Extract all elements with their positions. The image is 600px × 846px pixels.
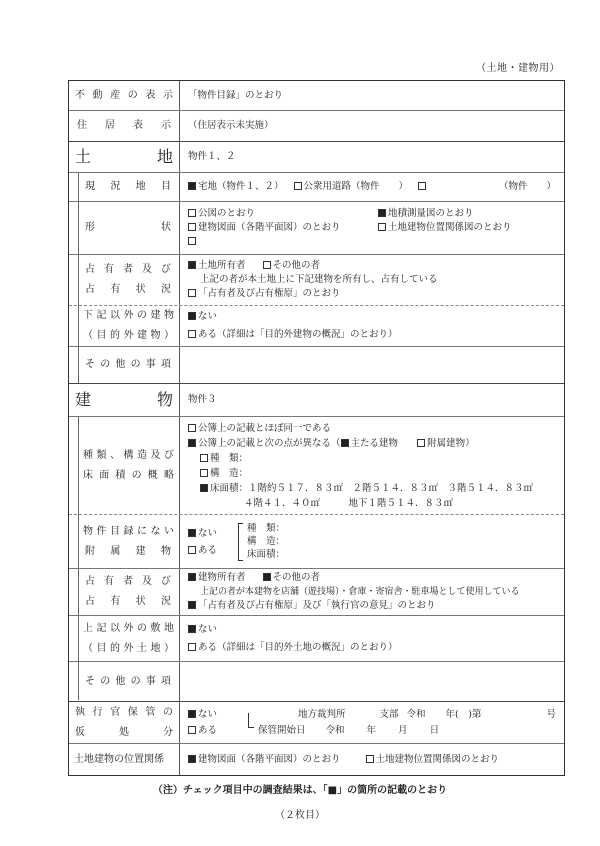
label-building: 建物 bbox=[69, 384, 180, 416]
checkbox-survey-map[interactable]: 地積測量図のとおり bbox=[378, 207, 474, 221]
checkbox-cadastral-map[interactable]: 公図のとおり bbox=[188, 207, 378, 221]
checkbox-public-road[interactable]: 公衆用道路（物件 ） bbox=[294, 180, 409, 194]
checked-box-icon bbox=[188, 710, 196, 718]
floor-area-continued: ４階４１．４０㎡ 地下１階５１４．８３㎡ bbox=[188, 496, 556, 511]
checkbox-land-owner[interactable]: 土地所有者 bbox=[188, 260, 246, 271]
checkbox-structure[interactable]: 構 造： bbox=[200, 468, 248, 479]
checkbox-unlisted-annex-exists[interactable]: ある bbox=[188, 545, 217, 556]
checked-box-icon bbox=[188, 312, 196, 320]
label-building-overview: 種類、構造及び 床面積の概略 bbox=[78, 417, 180, 514]
checkbox-annex-building[interactable]: 附属建物） bbox=[417, 438, 475, 449]
checked-box-icon bbox=[188, 625, 196, 633]
checked-box-icon bbox=[188, 182, 196, 190]
unchecked-box-icon bbox=[417, 439, 425, 447]
checkbox-same-as-registry[interactable]: 公簿上の記載とほぼ同一である bbox=[188, 423, 331, 434]
value-building-other-matters bbox=[180, 662, 564, 701]
unchecked-box-icon bbox=[188, 643, 196, 651]
label-building-other-matters: その他の事項 bbox=[78, 662, 180, 701]
label-land: 土地 bbox=[69, 142, 180, 172]
unchecked-box-icon bbox=[263, 261, 271, 269]
row-unlisted-annex: 物件目録にない 附属建物 ない ある 種 類： 構 造： 床面積： bbox=[69, 514, 564, 568]
row-provisional-disposition: 執行官保管の 仮処分 ない ある 地方裁判所 支部 令和 年( )第 号 bbox=[69, 701, 564, 743]
label-shape: 形状 bbox=[78, 202, 180, 254]
row-building-overview: 種類、構造及び 床面積の概略 公簿上の記載とほぼ同一である 公簿上の記載と次の点… bbox=[69, 416, 564, 514]
unchecked-box-icon bbox=[188, 209, 196, 217]
label-unlisted-annex: 物件目録にない 附属建物 bbox=[78, 515, 180, 568]
unchecked-box-icon bbox=[378, 223, 386, 231]
label-land-other-matters: その他の事項 bbox=[78, 347, 180, 383]
row-land-current-use: 現況地目 宅地（物件１、２） 公衆用道路（物件 ） （物件 ） bbox=[69, 172, 564, 201]
row-land-occupancy: 占有者及び 占有状況 土地所有者 その他の者 上記の者が本土地上に下記建物を所有… bbox=[69, 254, 564, 305]
checkbox-other-land-exists[interactable]: ある（詳細は「目的外土地の概況」のとおり） bbox=[188, 642, 398, 653]
label-provisional-disposition: 執行官保管の 仮処分 bbox=[69, 702, 180, 743]
land-occupancy-description: 上記の者が本土地上に下記建物を所有し、占有している bbox=[188, 273, 556, 287]
building-occupancy-description: 上記の者が本建物を店舗（遊技場）・倉庫・寄宿舎・駐車場として使用している bbox=[188, 585, 556, 599]
checkbox-land-other-occupant[interactable]: その他の者 bbox=[263, 260, 321, 271]
value-property-display: 「物件目録」のとおり bbox=[180, 81, 564, 110]
checkbox-no-unlisted-annex[interactable]: ない bbox=[188, 528, 217, 539]
survey-form-table: 不動産の表示 「物件目録」のとおり 住居表示 （住居表示未実施） 土地 物件１、… bbox=[68, 80, 565, 776]
row-land-header: 土地 物件１、２ bbox=[69, 141, 564, 172]
unchecked-box-icon bbox=[294, 182, 302, 190]
row-residence-display: 住居表示 （住居表示未実施） bbox=[69, 110, 564, 141]
checkbox-kind[interactable]: 種 類： bbox=[200, 453, 248, 464]
custody-start-date-line: 保管開始日 令和 年 月 日 bbox=[258, 723, 556, 739]
checked-box-icon bbox=[188, 601, 196, 609]
label-other-land: 上記以外の敷地 （目的外土地） bbox=[78, 616, 180, 661]
checkbox-building-drawing-position[interactable]: 建物図面（各階平面図）のとおり bbox=[188, 754, 341, 765]
checkbox-residential-land[interactable]: 宅地（物件１、２） bbox=[188, 180, 284, 194]
checked-box-icon bbox=[378, 209, 386, 217]
value-land-other-matters bbox=[180, 347, 564, 383]
row-other-buildings: 下記以外の建物 （目的外建物） ない ある（詳細は「目的外建物の概況」のとおり） bbox=[69, 305, 564, 346]
label-current-use: 現況地目 bbox=[78, 173, 180, 201]
checkbox-other-buildings-exist[interactable]: ある（詳細は「目的外建物の概況」のとおり） bbox=[188, 329, 398, 340]
row-building-other-matters: その他の事項 bbox=[69, 661, 564, 701]
unchecked-box-icon bbox=[188, 289, 196, 297]
checked-box-icon bbox=[341, 439, 349, 447]
value-building-property: 物件３ bbox=[180, 384, 564, 416]
checkbox-main-building[interactable]: 主たる建物 bbox=[341, 438, 399, 449]
checkbox-position-map[interactable]: 土地建物位置関係図のとおり bbox=[378, 221, 512, 235]
unchecked-box-icon bbox=[418, 182, 426, 190]
checkbox-other-use[interactable] bbox=[418, 180, 428, 194]
checkbox-shape-other[interactable] bbox=[188, 236, 198, 247]
page-number: （２枚目） bbox=[0, 806, 600, 821]
checked-box-icon bbox=[188, 529, 196, 537]
other-use-property: （物件 ） bbox=[499, 180, 556, 194]
unchecked-box-icon bbox=[366, 755, 374, 763]
unchecked-box-icon bbox=[200, 454, 208, 462]
label-other-buildings: 下記以外の建物 （目的外建物） bbox=[78, 306, 180, 346]
unchecked-box-icon bbox=[188, 726, 196, 734]
footnote: （注）チェック項目中の調査結果は、「■」の箇所の記載のとおり bbox=[0, 781, 600, 796]
checkbox-building-drawing[interactable]: 建物図面（各階平面図）のとおり bbox=[188, 221, 378, 235]
label-building-occupancy: 占有者及び 占有状況 bbox=[78, 569, 180, 615]
checked-box-icon bbox=[188, 573, 196, 581]
checked-box-icon bbox=[188, 261, 196, 269]
value-residence-display: （住居表示未実施） bbox=[180, 111, 564, 141]
checkbox-building-occupancy-reference[interactable]: 「占有者及び占有権原」及び「執行官の意見」のとおり bbox=[188, 600, 436, 611]
bracket-icon bbox=[238, 523, 243, 561]
checked-box-icon bbox=[263, 573, 271, 581]
checkbox-differs-from-registry[interactable]: 公簿上の記載と次の点が異なる（ bbox=[188, 438, 341, 449]
unchecked-box-icon bbox=[200, 469, 208, 477]
checked-box-icon bbox=[200, 484, 208, 492]
row-building-occupancy: 占有者及び 占有状況 建物所有者 その他の者 上記の者が本建物を店舗（遊技場）・… bbox=[69, 568, 564, 615]
checkbox-building-other-occupant[interactable]: その他の者 bbox=[263, 572, 321, 583]
checkbox-building-owner[interactable]: 建物所有者 bbox=[188, 572, 246, 583]
unchecked-box-icon bbox=[188, 546, 196, 554]
row-building-header: 建物 物件３ bbox=[69, 383, 564, 416]
checkbox-floor-area[interactable]: 床面積：１階約５１７．８３㎡ ２階５１４．８３㎡ ３階５１４．８３㎡ bbox=[200, 483, 533, 494]
label-land-occupancy: 占有者及び 占有状況 bbox=[78, 255, 180, 305]
checked-box-icon bbox=[188, 755, 196, 763]
bracket-icon bbox=[248, 713, 254, 728]
row-property-display: 不動産の表示 「物件目録」のとおり bbox=[69, 81, 564, 110]
label-residence-display: 住居表示 bbox=[69, 111, 180, 141]
value-land-properties: 物件１、２ bbox=[180, 142, 564, 172]
unchecked-box-icon bbox=[188, 223, 196, 231]
unchecked-box-icon bbox=[188, 237, 196, 245]
checkbox-land-occupancy-reference[interactable]: 「占有者及び占有権原」のとおり bbox=[188, 288, 341, 299]
court-case-line: 地方裁判所 支部 令和 年( )第 号 bbox=[258, 707, 556, 723]
checkbox-no-other-buildings[interactable]: ない bbox=[188, 311, 217, 322]
checkbox-provisional-disposition-exists[interactable]: ある bbox=[188, 725, 217, 736]
checkbox-no-other-land[interactable]: ない bbox=[188, 624, 217, 635]
label-property-display: 不動産の表示 bbox=[69, 81, 180, 110]
row-land-shape: 形状 公図のとおり 地積測量図のとおり 建物図面（各階平面図）のとおり 土地建物… bbox=[69, 201, 564, 254]
form-type-caption: （土地・建物用） bbox=[476, 59, 560, 74]
checked-box-icon bbox=[188, 439, 196, 447]
unchecked-box-icon bbox=[188, 330, 196, 338]
checkbox-position-relation-map[interactable]: 土地建物位置関係図のとおり bbox=[366, 754, 500, 765]
checkbox-no-provisional-disposition[interactable]: ない bbox=[188, 709, 217, 720]
row-land-other-matters: その他の事項 bbox=[69, 346, 564, 383]
label-position-relation: 土地建物の位置関係 bbox=[69, 744, 180, 775]
row-position-relation: 土地建物の位置関係 建物図面（各階平面図）のとおり 土地建物位置関係図のとおり bbox=[69, 743, 564, 775]
unchecked-box-icon bbox=[188, 424, 196, 432]
row-other-land: 上記以外の敷地 （目的外土地） ない ある（詳細は「目的外土地の概況」のとおり） bbox=[69, 615, 564, 661]
